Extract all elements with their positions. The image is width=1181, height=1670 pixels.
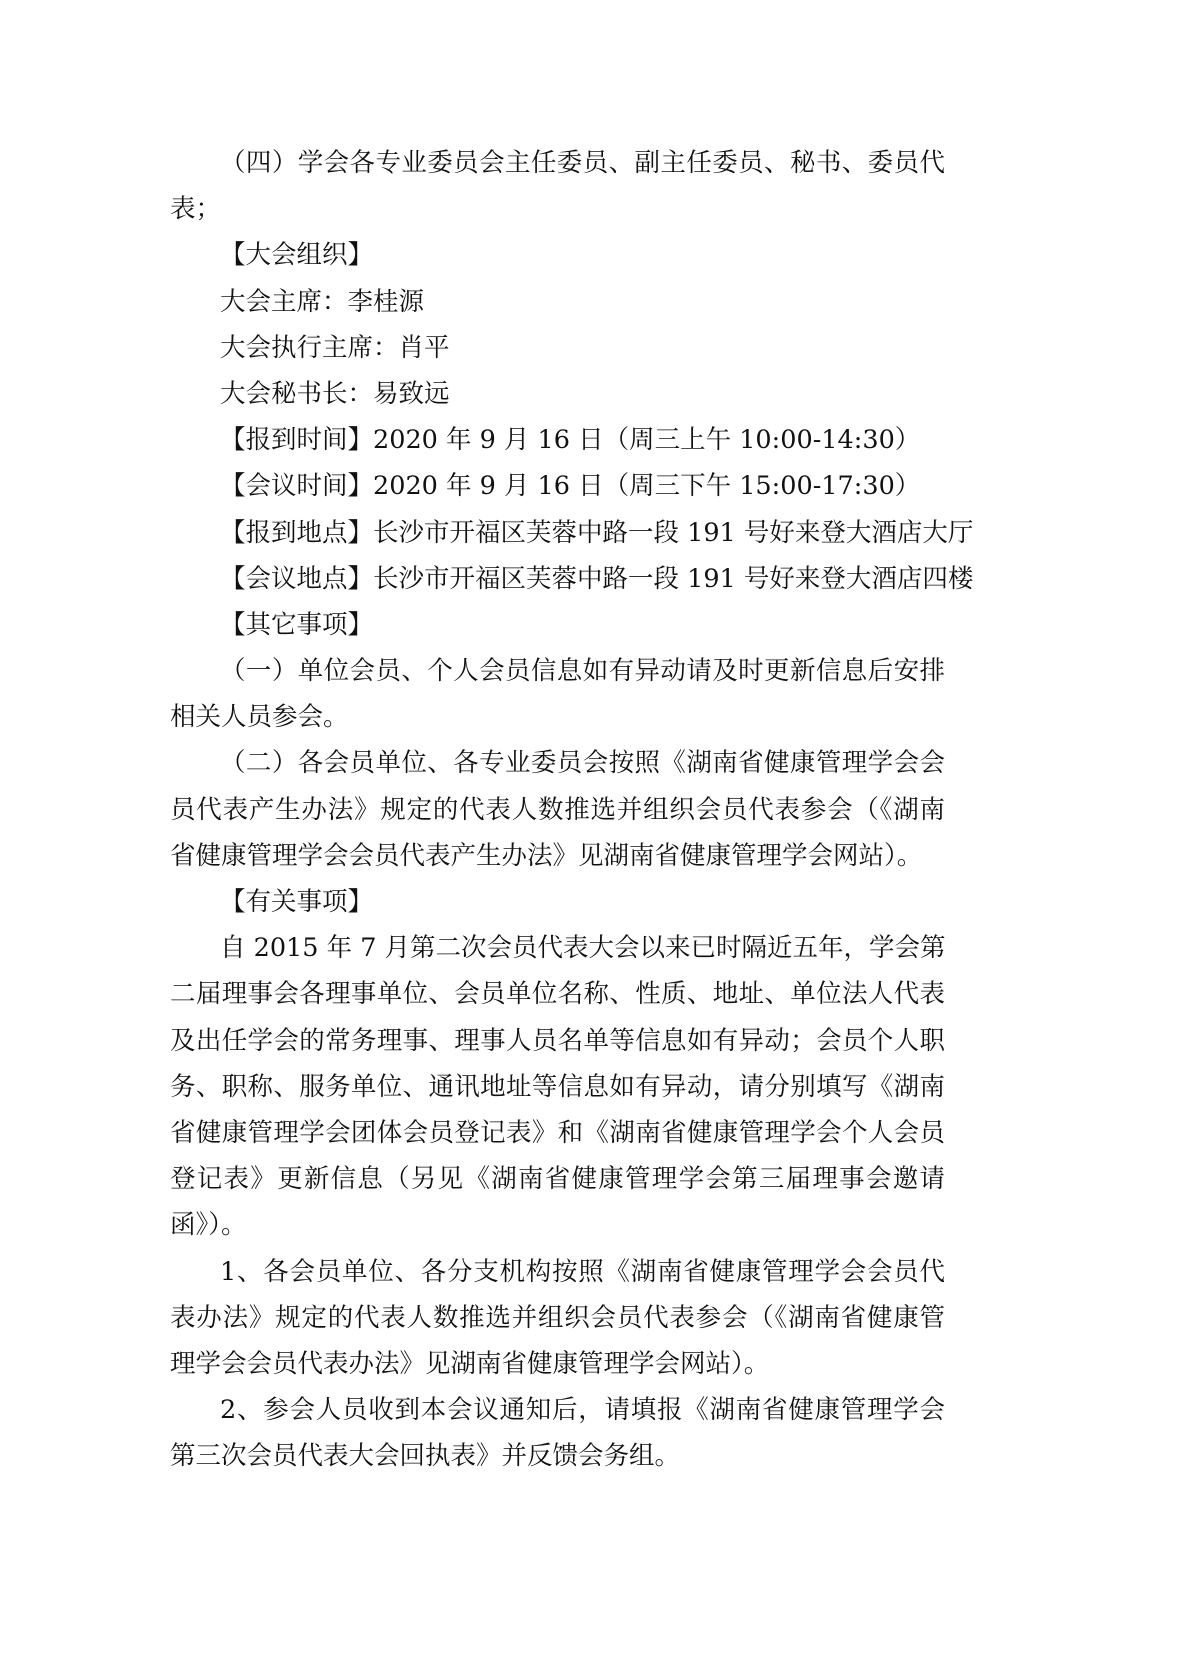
paragraph-line-other-1: （一）单位会员、个人会员信息如有异动请及时更新信息后安排 xyxy=(170,648,945,694)
registration-location-line: 【报到地点】长沙市开福区芙蓉中路一段 191 号好来登大酒店大厅 xyxy=(170,510,945,556)
numbered-item-2-line-2: 第三次会员代表大会回执表》并反馈会务组。 xyxy=(170,1433,945,1479)
paragraph-line-attendees-4-cont: 表； xyxy=(170,186,945,232)
meeting-time-line: 【会议时间】2020 年 9 月 16 日（周三下午 15:00-17:30） xyxy=(170,463,945,509)
paragraph-line-related-4: 务、职称、服务单位、通讯地址等信息如有异动，请分别填写《湖南 xyxy=(170,1064,945,1110)
registration-time-line: 【报到时间】2020 年 9 月 16 日（周三上午 10:00-14:30） xyxy=(170,417,945,463)
paragraph-line-attendees-4: （四）学会各专业委员会主任委员、副主任委员、秘书、委员代 xyxy=(170,140,945,186)
numbered-item-2-line-1: 2、参会人员收到本会议通知后，请填报《湖南省健康管理学会 xyxy=(170,1387,945,1433)
numbered-item-1-line-1: 1、各会员单位、各分支机构按照《湖南省健康管理学会会员代 xyxy=(170,1249,945,1295)
numbered-item-1-line-3: 理学会会员代表办法》见湖南省健康管理学会网站）。 xyxy=(170,1341,945,1387)
numbered-item-1-line-2: 表办法》规定的代表人数推选并组织会员代表参会（《湖南省健康管 xyxy=(170,1295,945,1341)
section-heading-organization: 【大会组织】 xyxy=(170,232,945,278)
section-heading-other-matters: 【其它事项】 xyxy=(170,602,945,648)
paragraph-line-other-2-cont2: 省健康管理学会会员代表产生办法》见湖南省健康管理学会网站）。 xyxy=(170,833,945,879)
chairman-line: 大会主席：李桂源 xyxy=(170,279,945,325)
paragraph-line-other-1-cont: 相关人员参会。 xyxy=(170,694,945,740)
paragraph-line-related-6: 登记表》更新信息（另见《湖南省健康管理学会第三届理事会邀请 xyxy=(170,1156,945,1202)
paragraph-line-related-5: 省健康管理学会团体会员登记表》和《湖南省健康管理学会个人会员 xyxy=(170,1110,945,1156)
section-heading-related-matters: 【有关事项】 xyxy=(170,879,945,925)
paragraph-line-related-1: 自 2015 年 7 月第二次会员代表大会以来已时隔近五年，学会第 xyxy=(170,925,945,971)
paragraph-line-other-2: （二）各会员单位、各专业委员会按照《湖南省健康管理学会会 xyxy=(170,740,945,786)
paragraph-line-related-3: 及出任学会的常务理事、理事人员名单等信息如有异动；会员个人职 xyxy=(170,1018,945,1064)
meeting-location-line: 【会议地点】长沙市开福区芙蓉中路一段 191 号好来登大酒店四楼 xyxy=(170,556,945,602)
paragraph-line-related-7: 函》）。 xyxy=(170,1202,945,1248)
document-page: （四）学会各专业委员会主任委员、副主任委员、秘书、委员代 表； 【大会组织】 大… xyxy=(170,140,945,1479)
executive-chairman-line: 大会执行主席：肖平 xyxy=(170,325,945,371)
paragraph-line-related-2: 二届理事会各理事单位、会员单位名称、性质、地址、单位法人代表 xyxy=(170,971,945,1017)
paragraph-line-other-2-cont1: 员代表产生办法》规定的代表人数推选并组织会员代表参会（《湖南 xyxy=(170,787,945,833)
secretary-general-line: 大会秘书长：易致远 xyxy=(170,371,945,417)
